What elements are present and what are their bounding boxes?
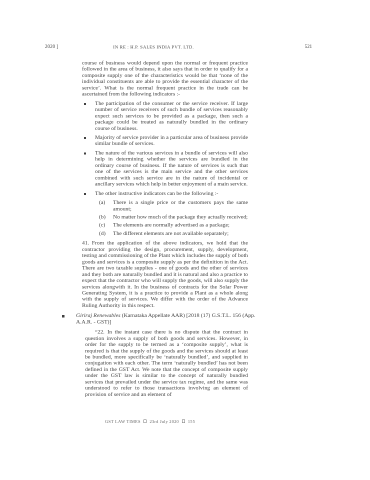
scan-area: 2020 ] IN RE : H.P. SALES INDIA PVT. LTD… xyxy=(0,0,370,480)
list-item-b: (b) No matter how much of the package th… xyxy=(99,214,248,220)
list-item-label: (d) xyxy=(99,230,113,236)
footer-page: 155 xyxy=(188,419,195,424)
bullet-item: The other instructive indicators can be … xyxy=(84,190,248,196)
bullet-item: The nature of the various services in a … xyxy=(84,150,248,187)
footer-journal: GST LAW TIMES xyxy=(105,419,141,424)
case-name: Giriraj Renewables xyxy=(76,313,120,319)
bullet-text: The nature of the various services in a … xyxy=(95,150,248,187)
list-item-label: (b) xyxy=(99,214,113,220)
page-number: 521 xyxy=(305,44,312,50)
square-icon xyxy=(144,420,147,424)
list-item-text: No matter how much of the package they a… xyxy=(113,214,248,220)
document-page: 2020 ] IN RE : H.P. SALES INDIA PVT. LTD… xyxy=(0,0,370,480)
list-item-d: (d) The different elements are not avail… xyxy=(99,230,248,236)
bullet-icon xyxy=(84,100,95,131)
list-item-text: The elements are normally advertised as … xyxy=(113,222,248,228)
list-item-label: (c) xyxy=(99,222,113,228)
quote-paragraph: “22. In the instant case there is no dis… xyxy=(85,329,248,397)
paragraph-41: 41. From the application of the above in… xyxy=(82,240,248,308)
body-text: course of business would depend upon the… xyxy=(62,60,267,398)
intro-paragraph: course of business would depend upon the… xyxy=(82,60,248,97)
bullet-text: The participation of the consumer or the… xyxy=(95,100,248,131)
header-year: 2020 ] xyxy=(45,44,58,50)
case-citation-text: Giriraj Renewables (Karnataka Appellate … xyxy=(76,313,267,325)
case-citation: Giriraj Renewables (Karnataka Appellate … xyxy=(62,313,267,325)
bullet-icon xyxy=(84,190,95,196)
list-item-a: (a) There is a single price or the custo… xyxy=(99,200,248,212)
bullet-icon xyxy=(62,313,76,325)
page-footer: GST LAW TIMES 23rd July 2020 155 xyxy=(105,419,195,424)
bullet-icon xyxy=(84,150,95,187)
bullet-text: The other instructive indicators can be … xyxy=(95,190,248,196)
bullet-item: Majority of service provider in a partic… xyxy=(84,134,248,146)
list-item-text: There is a single price or the customers… xyxy=(113,200,248,212)
list-item-c: (c) The elements are normally advertised… xyxy=(99,222,248,228)
square-icon xyxy=(182,420,185,424)
bullet-item: The participation of the consumer or the… xyxy=(84,100,248,131)
running-title: IN RE : H.P. SALES INDIA PVT. LTD. xyxy=(113,44,194,49)
list-item-text: The different elements are not available… xyxy=(113,230,248,236)
bullet-text: Majority of service provider in a partic… xyxy=(95,134,248,146)
bullet-icon xyxy=(84,134,95,146)
list-item-label: (a) xyxy=(99,200,113,212)
page-header: 2020 ] IN RE : H.P. SALES INDIA PVT. LTD… xyxy=(0,44,370,56)
footer-date: 23rd July 2020 xyxy=(150,419,179,424)
